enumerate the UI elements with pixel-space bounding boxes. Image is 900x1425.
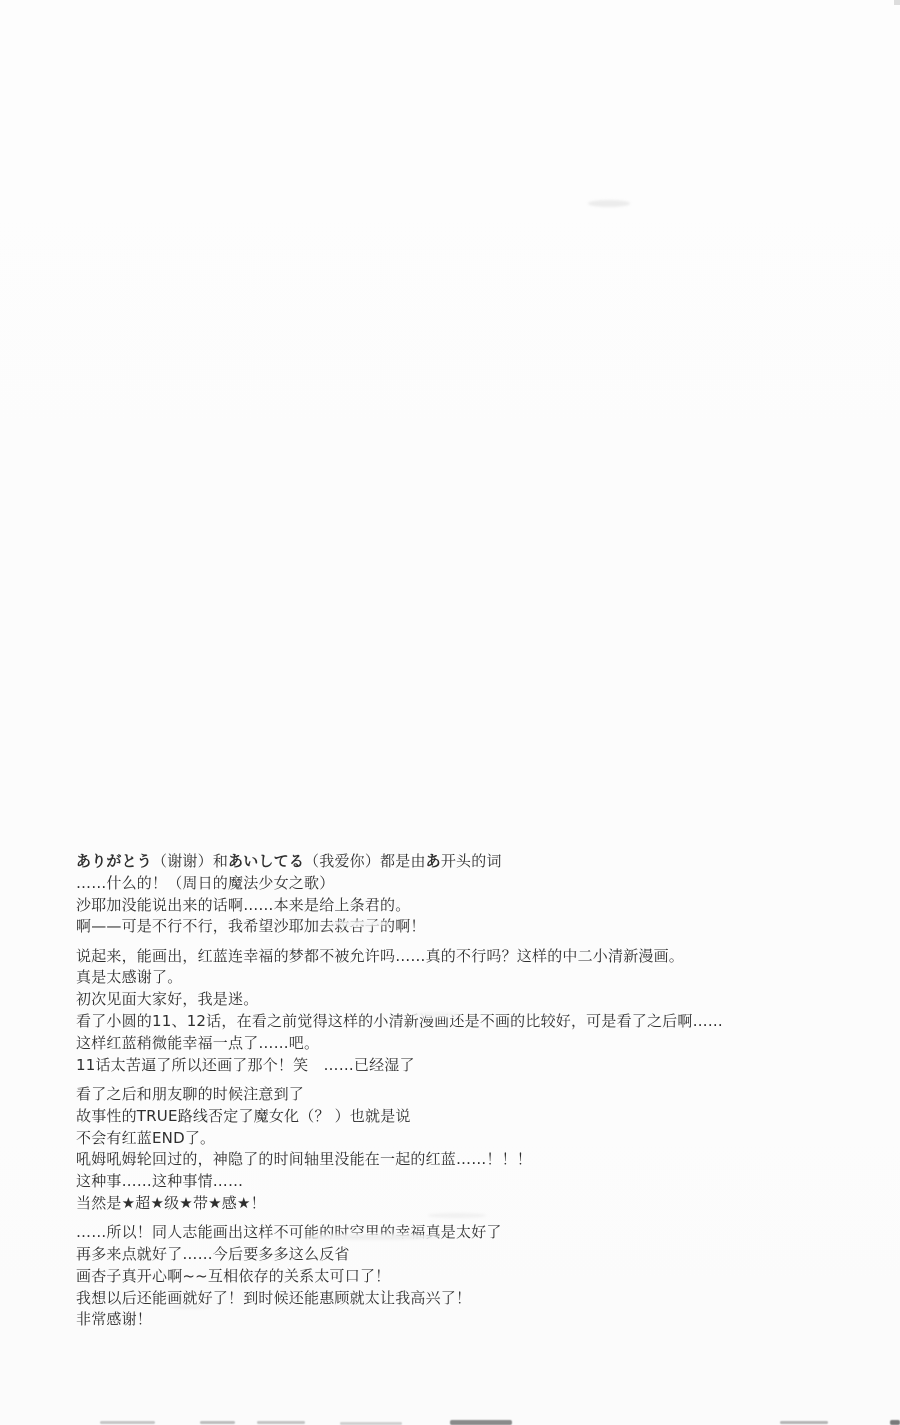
scan-smudge: [428, 1213, 486, 1218]
afterword-line: 这种事……这种事情……: [76, 1171, 636, 1193]
afterword-line-segment: 开头的词: [441, 852, 502, 870]
afterword-line: 啊——可是不行不行，我希望沙耶加去救杏子的啊！: [76, 916, 636, 938]
scan-edge-mark: [890, 1420, 900, 1425]
scanned-page: ありがとう（谢谢）和あいしてる（我爱你）都是由あ开头的词 ……什么的！（周日的魔…: [0, 0, 900, 1425]
scan-smudge: [588, 200, 630, 207]
afterword-line: 当然是★超★级★带★感★！: [76, 1193, 636, 1215]
afterword-paragraph-3: 看了之后和朋友聊的时候注意到了 故事性的TRUE路线否定了魔女化（？ ）也就是说…: [76, 1084, 636, 1215]
scan-smudge: [330, 921, 390, 926]
afterword-line: 不会有红蓝END了。: [76, 1128, 636, 1150]
afterword-line-segment: あいしてる: [228, 852, 304, 870]
afterword-line: 再多来点就好了……今后要多多这么反省: [76, 1244, 636, 1266]
afterword-line-segment: （谢谢）和: [152, 852, 228, 870]
afterword-line: 非常感谢！: [76, 1309, 636, 1331]
afterword-line: 故事性的TRUE路线否定了魔女化（？ ）也就是说: [76, 1106, 636, 1128]
afterword-line: 我想以后还能画就好了！到时候还能惠顾就太让我高兴了！: [76, 1288, 636, 1310]
afterword-line: 11话太苦逼了所以还画了那个！笑 ……已经湿了: [76, 1055, 636, 1077]
scan-edge-mark: [100, 1421, 155, 1424]
afterword-line-segment: ありがとう: [76, 852, 152, 870]
afterword-line: ……什么的！（周日的魔法少女之歌）: [76, 873, 636, 895]
afterword-line: 真是太感谢了。: [76, 967, 636, 989]
afterword-line: 这样红蓝稍微能幸福一点了……吧。: [76, 1033, 636, 1055]
afterword-line: 看了小圆的11、12话，在看之前觉得这样的小清新漫画还是不画的比较好，可是看了之…: [76, 1011, 636, 1033]
scan-smudge: [412, 1012, 460, 1017]
scan-smudge: [894, 0, 900, 5]
afterword-paragraph-2: 说起来，能画出，红蓝连幸福的梦都不被允许吗……真的不行吗？这样的中二小清新漫画。…: [76, 946, 636, 1077]
scan-smudge: [170, 1305, 210, 1309]
scan-smudge: [304, 1234, 440, 1240]
afterword-line: 吼姆吼姆轮回过的，神隐了的时间轴里没能在一起的红蓝……！！！: [76, 1149, 636, 1171]
afterword-line-segment: （我爱你）都是由: [304, 852, 426, 870]
afterword-line: 说起来，能画出，红蓝连幸福的梦都不被允许吗……真的不行吗？这样的中二小清新漫画。: [76, 946, 636, 968]
scan-edge-mark: [200, 1421, 235, 1424]
afterword-line: 沙耶加没能说出来的话啊……本来是给上条君的。: [76, 895, 636, 917]
afterword-line-segment: あ: [426, 852, 441, 870]
afterword-line: 初次见面大家好，我是迷。: [76, 989, 636, 1011]
afterword-line: 看了之后和朋友聊的时候注意到了: [76, 1084, 636, 1106]
scan-edge-mark: [450, 1420, 512, 1425]
afterword-line: ありがとう（谢谢）和あいしてる（我爱你）都是由あ开头的词: [76, 851, 636, 873]
afterword-line: 画杏子真开心啊~~互相依存的关系太可口了！: [76, 1266, 636, 1288]
scan-edge-mark: [780, 1421, 828, 1424]
scan-edge-mark: [257, 1421, 305, 1424]
